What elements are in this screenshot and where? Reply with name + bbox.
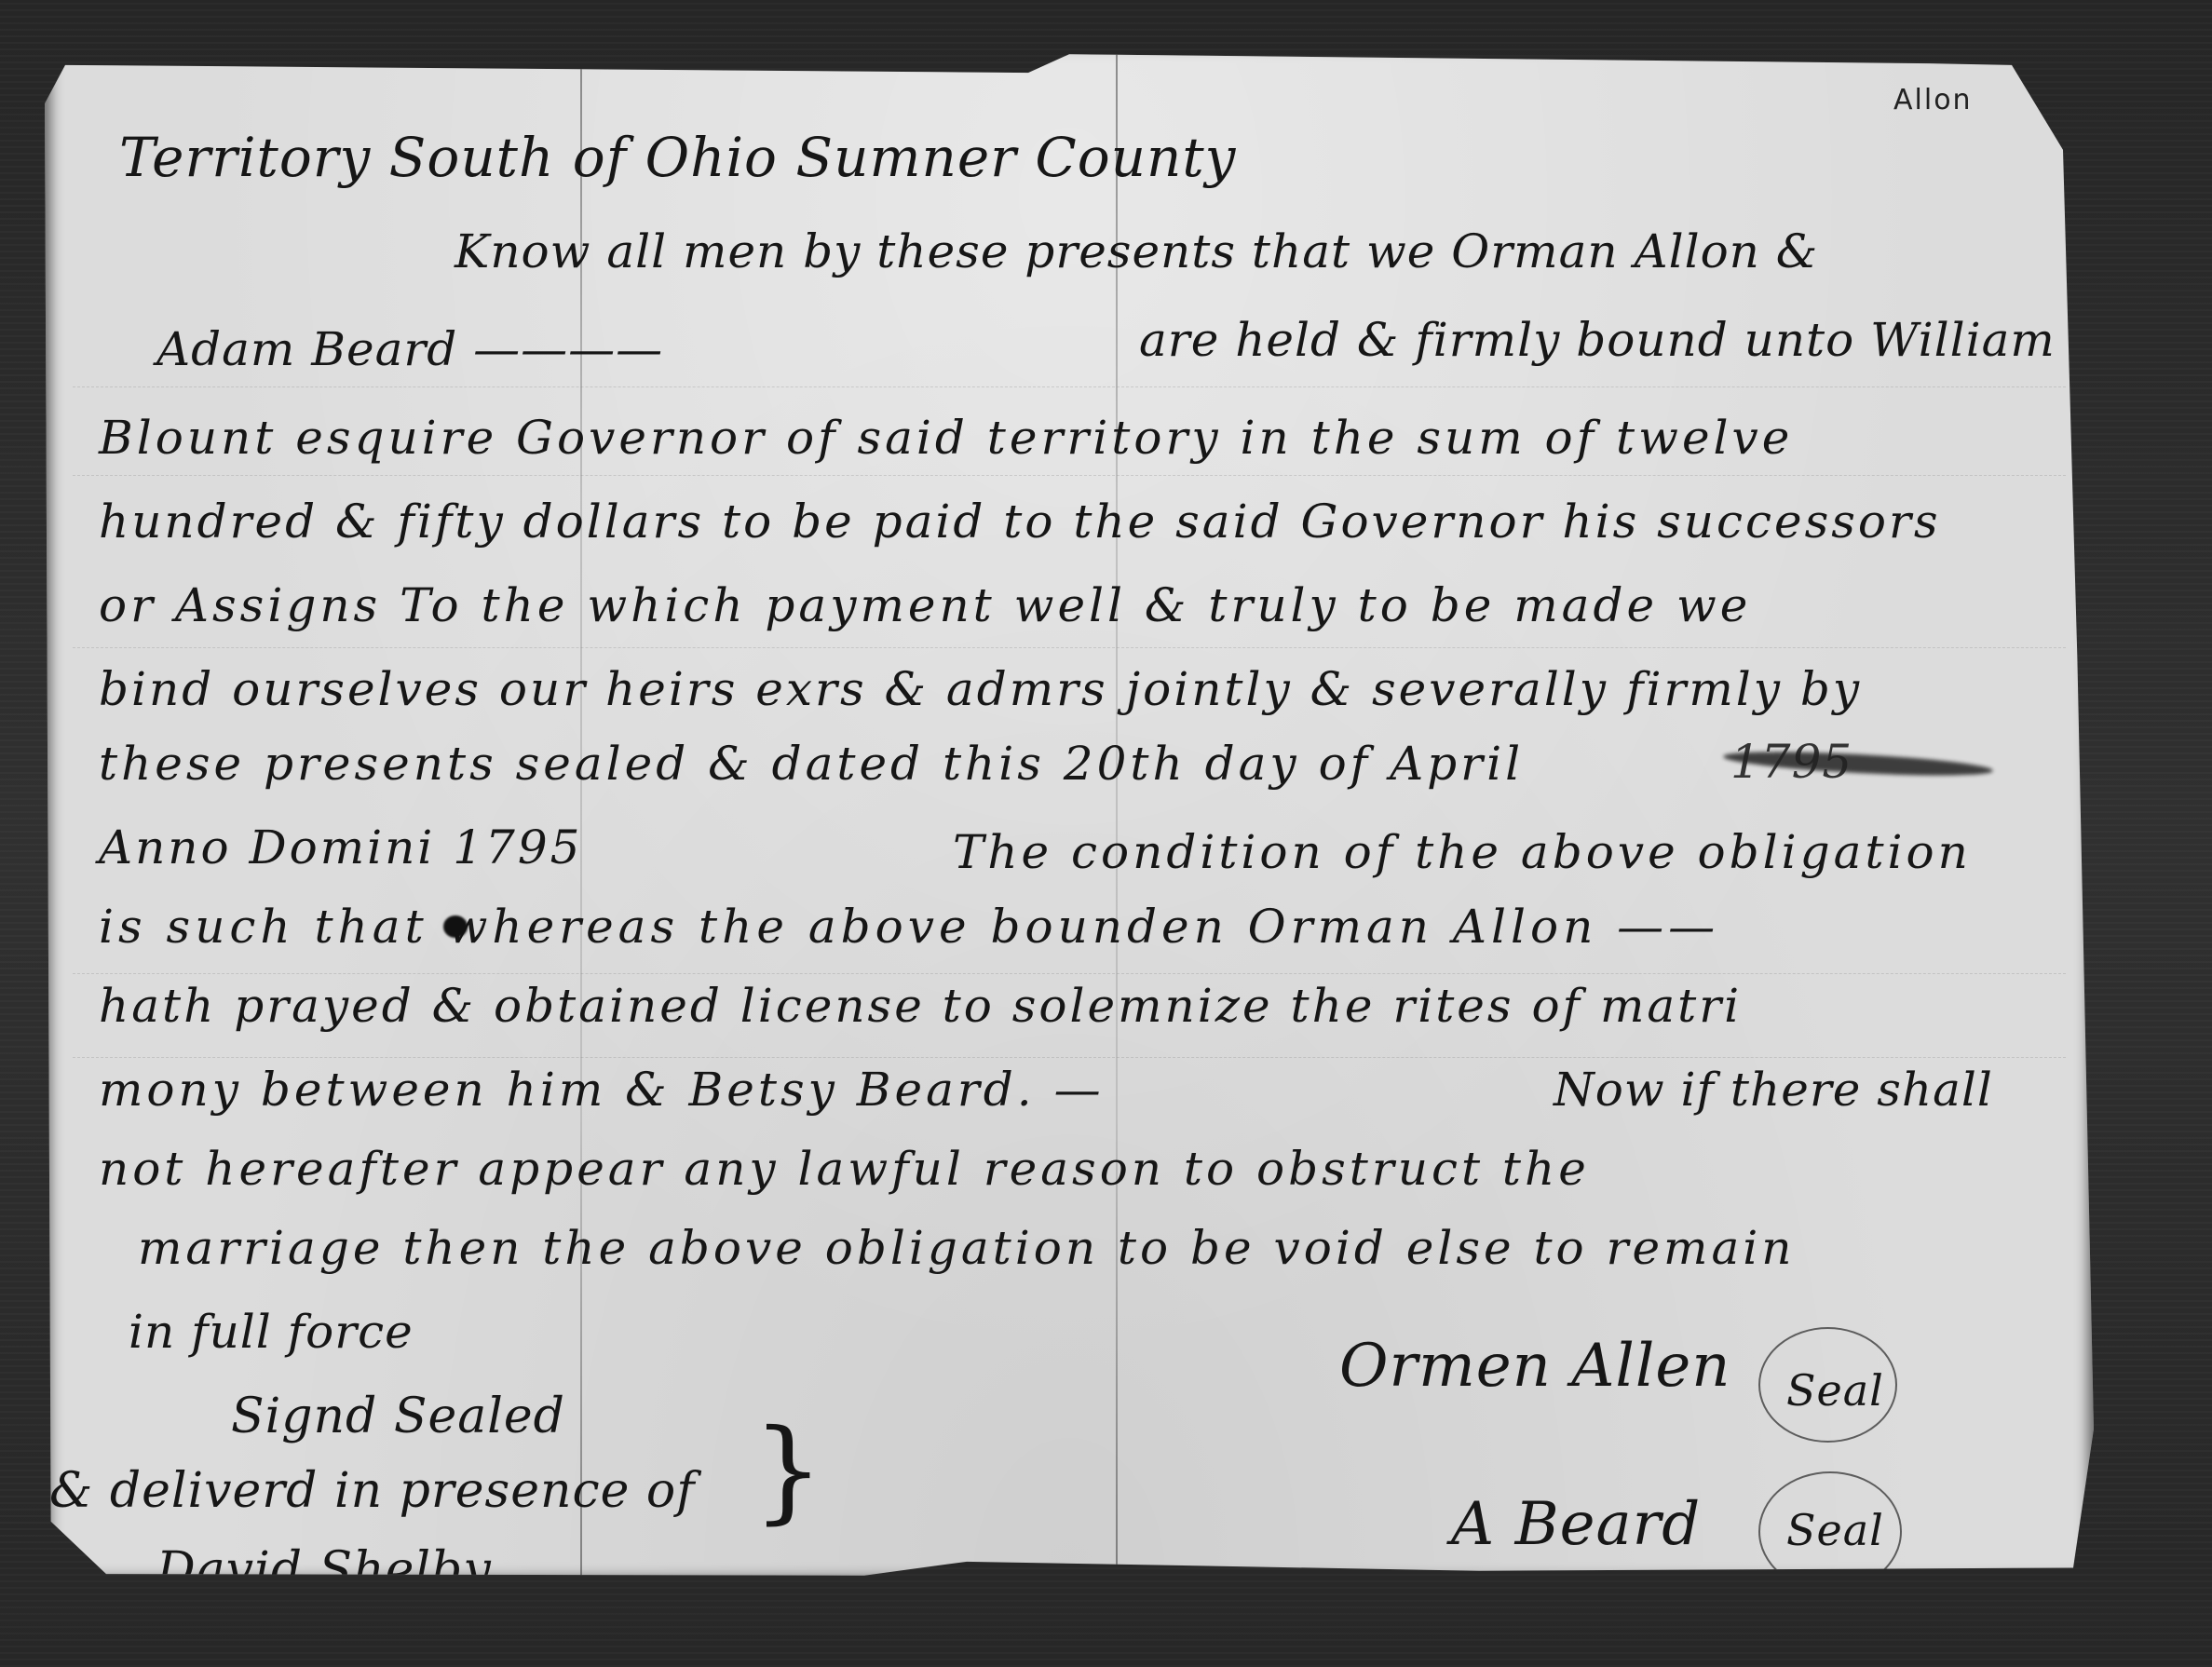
ink-blot (443, 915, 468, 938)
text-line-16: marriage then the above obligation to be… (138, 1225, 1795, 1271)
text-line-2: Adam Beard ———— (156, 326, 663, 373)
text-line-1: Know all men by these presents that we O… (455, 228, 1818, 275)
attestation-signed-sealed: Signd Sealed (231, 1392, 565, 1441)
text-line-7: bind ourselves our heirs exrs & admrs jo… (99, 666, 1862, 712)
text-line-4: Blount esquire Governor of said territor… (99, 414, 1793, 461)
faint-rule (73, 386, 2066, 387)
faint-rule (73, 1057, 2066, 1058)
text-line-9: Anno Domini 1795 (99, 824, 582, 871)
attestation-brace: } (753, 1416, 824, 1527)
text-line-13: mony between him & Betsy Beard. — (99, 1066, 1105, 1113)
text-line-11: is such that whereas the above bounden O… (99, 903, 1719, 950)
text-line-12: hath prayed & obtained license to solemn… (99, 983, 1742, 1029)
document-page: Allon Territory South of Ohio Sumner Cou… (45, 42, 2094, 1583)
faint-rule (73, 647, 2066, 648)
text-line-8: these presents sealed & dated this 20th … (99, 740, 1524, 787)
text-line-3: are held & firmly bound unto William (1139, 317, 2056, 363)
attestation-delivered: & deliverd in presence of (49, 1467, 695, 1515)
text-line-6: or Assigns To the which payment well & t… (99, 582, 1751, 629)
seal-flourish-icon (1758, 1327, 1897, 1443)
text-line-10: The condition of the above obligation (953, 829, 1972, 875)
document-heading: Territory South of Ohio Sumner County (119, 130, 1236, 184)
signature-adam-beard: A Beard (1451, 1495, 1701, 1554)
text-line-14: Now if there shall (1554, 1066, 1993, 1113)
faint-rule (73, 475, 2066, 476)
signature-orman-allen: Ormen Allen (1339, 1336, 1730, 1396)
text-line-5: hundred & fifty dollars to be paid to th… (99, 498, 1941, 545)
archival-annotation: Allon (1893, 84, 1973, 116)
text-line-17: in full force (129, 1308, 414, 1355)
text-line-15: not hereafter appear any lawful reason t… (99, 1145, 1590, 1192)
faint-rule (73, 973, 2066, 974)
